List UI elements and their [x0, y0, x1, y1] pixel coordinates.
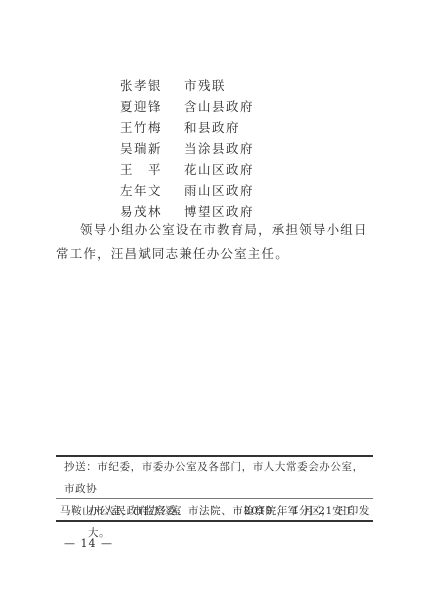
member-row: 吴瑞新当涂县政府 [120, 139, 254, 157]
member-name: 张孝银 [120, 76, 184, 94]
member-name: 夏迎锋 [120, 97, 184, 115]
member-row: 左年文雨山区政府 [120, 181, 254, 199]
member-org: 当涂县政府 [184, 139, 254, 157]
member-org: 含山县政府 [184, 97, 254, 115]
member-row: 王竹梅和县政府 [120, 118, 240, 136]
member-name: 左年文 [120, 181, 184, 199]
bottom-rule [56, 520, 373, 522]
member-row: 张孝银市残联 [120, 76, 226, 94]
issue-date: 2019 年 1 月 21 日印发 [244, 503, 370, 518]
office-paragraph: 领导小组办公室设在市教育局，承担领导小组日常工作，汪昌斌同志兼任办公室主任。 [56, 218, 376, 266]
issuer: 马鞍山市人民政府办公室 [60, 505, 182, 517]
page-number: — 14 — [64, 537, 113, 550]
issue-footer: 马鞍山市人民政府办公室 2019 年 1 月 21 日印发 [60, 503, 370, 518]
member-name: 吴瑞新 [120, 139, 184, 157]
member-row: 王 平花山区政府 [120, 160, 254, 178]
member-row: 夏迎锋含山县政府 [120, 97, 254, 115]
cc-line-1: 抄送：市纪委，市委办公室及各部门，市人大常委会办公室，市政协 [64, 456, 374, 500]
middle-rule [56, 498, 373, 499]
member-org: 市残联 [184, 76, 226, 94]
cc-block: 抄送：市纪委，市委办公室及各部门，市人大常委会办公室，市政协 办公室，市监察委、… [64, 456, 374, 544]
member-name: 王竹梅 [120, 118, 184, 136]
member-name: 王 平 [120, 160, 184, 178]
member-org: 花山区政府 [184, 160, 254, 178]
member-org: 和县政府 [184, 118, 240, 136]
member-org: 雨山区政府 [184, 181, 254, 199]
